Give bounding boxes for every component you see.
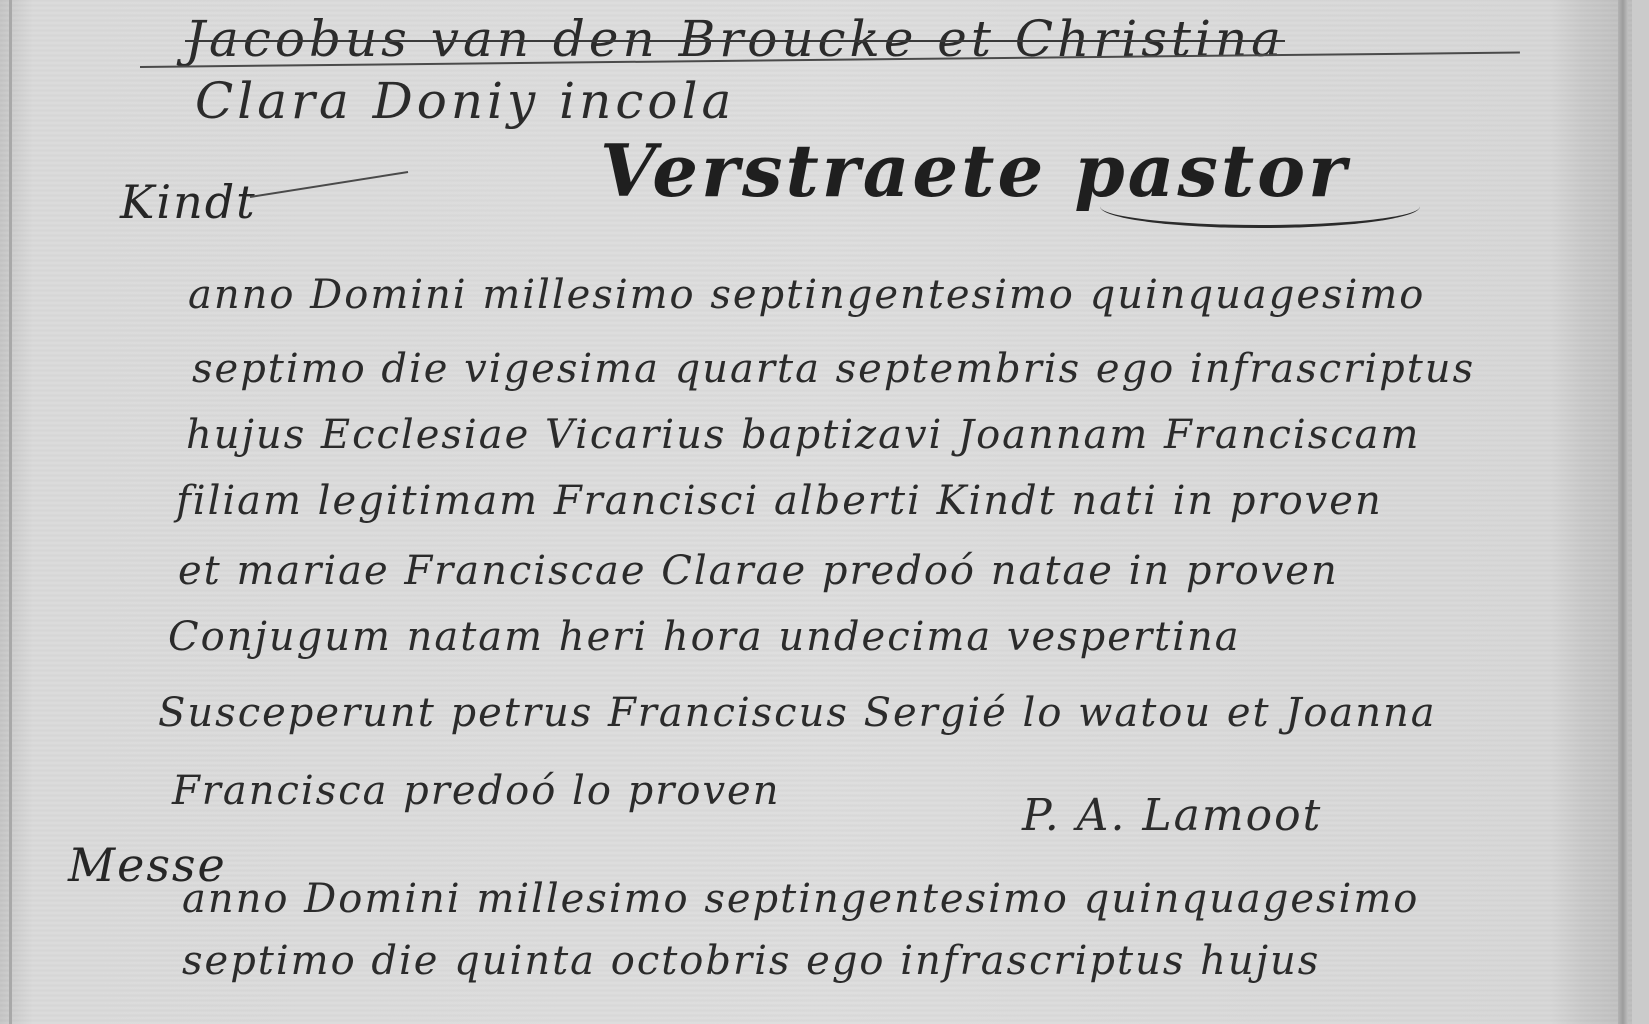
- entry1-line-3: hujus Ecclesiae Vicarius baptizavi Joann…: [186, 412, 1420, 458]
- page-edge-left: [9, 0, 12, 1024]
- entry1-line-2: septimo die vigesima quarta septembris e…: [192, 346, 1475, 392]
- entry2-line-2: septimo die quinta octobris ego infrascr…: [182, 938, 1320, 984]
- margin-underline-stroke: [250, 171, 408, 198]
- entry1-line-5: et mariae Franciscae Clarae predoó natae…: [178, 548, 1339, 594]
- margin-surname-kindt: Kindt: [120, 175, 257, 229]
- entry1-line-1: anno Domini millesimo septingentesimo qu…: [188, 272, 1425, 318]
- manuscript-page: Jacobus van den Broucke et Christina Cla…: [0, 0, 1649, 1024]
- header-parents-line-2: Clara Doniy incola: [195, 72, 735, 130]
- book-binding-edge-outer: [1632, 0, 1649, 1024]
- book-binding-edge: [1618, 0, 1628, 1024]
- entry1-line-6: Conjugum natam heri hora undecima vesper…: [168, 614, 1241, 660]
- signature-flourish: [1100, 185, 1420, 228]
- vicar-signature: P. A. Lamoot: [1022, 790, 1322, 841]
- entry2-line-1: anno Domini millesimo septingentesimo qu…: [182, 876, 1419, 922]
- entry1-line-4: filiam legitimam Francisci alberti Kindt…: [176, 478, 1383, 524]
- entry1-line-7: Susceperunt petrus Franciscus Sergié lo …: [158, 690, 1437, 736]
- entry1-line-8: Francisca predoó lo proven: [172, 768, 780, 814]
